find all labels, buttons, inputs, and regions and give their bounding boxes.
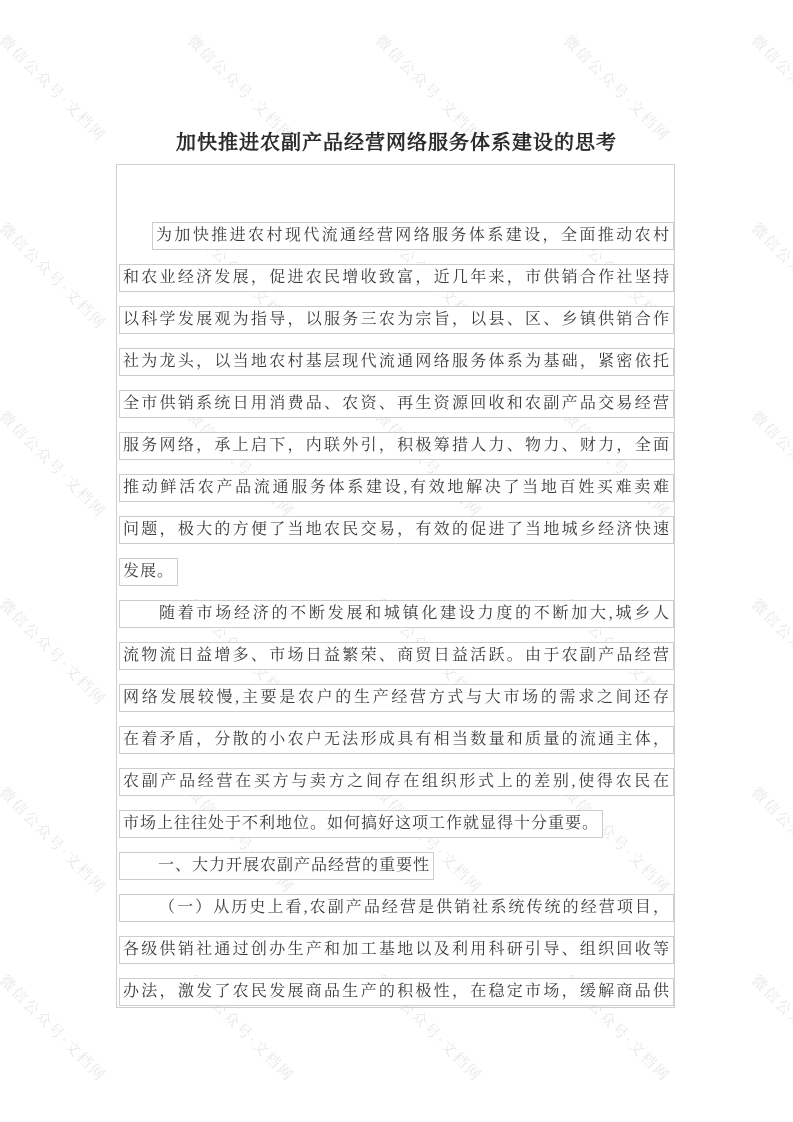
text-line: 农副产品经营在买方与卖方之间存在组织形式上的差别,使得农民在	[119, 768, 674, 796]
document-page: 微信公众号·文档网微信公众号·文档网微信公众号·文档网微信公众号·文档网微信公众…	[0, 0, 793, 1122]
text-line: 服务网络，承上启下，内联外引，积极筹措人力、物力、财力，全面	[119, 432, 674, 460]
text-line: （一）从历史上看,农副产品经营是供销社系统传统的经营项目，	[119, 894, 674, 922]
document-title: 加快推进农副产品经营网络服务体系建设的思考	[0, 126, 793, 155]
document-content: 加快推进农副产品经营网络服务体系建设的思考 为加快推进农村现代流通经营网络服务体…	[0, 0, 793, 1122]
text-line: 为加快推进农村现代流通经营网络服务体系建设，全面推动农村	[152, 222, 674, 250]
text-line: 以科学发展观为指导，以服务三农为宗旨，以县、区、乡镇供销合作	[119, 306, 674, 334]
text-line: 和农业经济发展，促进农民增收致富，近几年来，市供销合作社坚持	[119, 264, 674, 292]
text-line: 全市供销系统日用消费品、农资、再生资源回收和农副产品交易经营	[119, 390, 674, 418]
text-line: 推动鲜活农产品流通服务体系建设,有效地解决了当地百姓买难卖难	[119, 474, 674, 502]
text-line: 随着市场经济的不断发展和城镇化建设力度的不断加大,城乡人	[119, 600, 674, 628]
text-line: 流物流日益增多、市场日益繁荣、商贸日益活跃。由于农副产品经营	[119, 642, 674, 670]
section-heading: 一、大力开展农副产品经营的重要性	[119, 852, 434, 880]
text-line: 市场上往往处于不利地位。如何搞好这项工作就显得十分重要。	[119, 810, 603, 838]
text-line: 社为龙头，以当地农村基层现代流通网络服务体系为基础，紧密依托	[119, 348, 674, 376]
text-line: 问题，极大的方便了当地农民交易，有效的促进了当地城乡经济快速	[119, 516, 674, 544]
text-line: 发展。	[119, 558, 178, 586]
text-line: 在着矛盾，分散的小农户无法形成具有相当数量和质量的流通主体，	[119, 726, 674, 754]
text-line: 网络发展较慢,主要是农户的生产经营方式与大市场的需求之间还存	[119, 684, 674, 712]
text-line: 各级供销社通过创办生产和加工基地以及利用科研引导、组织回收等	[119, 936, 674, 964]
text-line: 办法，激发了农民发展商品生产的积极性，在稳定市场，缓解商品供	[119, 978, 674, 1006]
